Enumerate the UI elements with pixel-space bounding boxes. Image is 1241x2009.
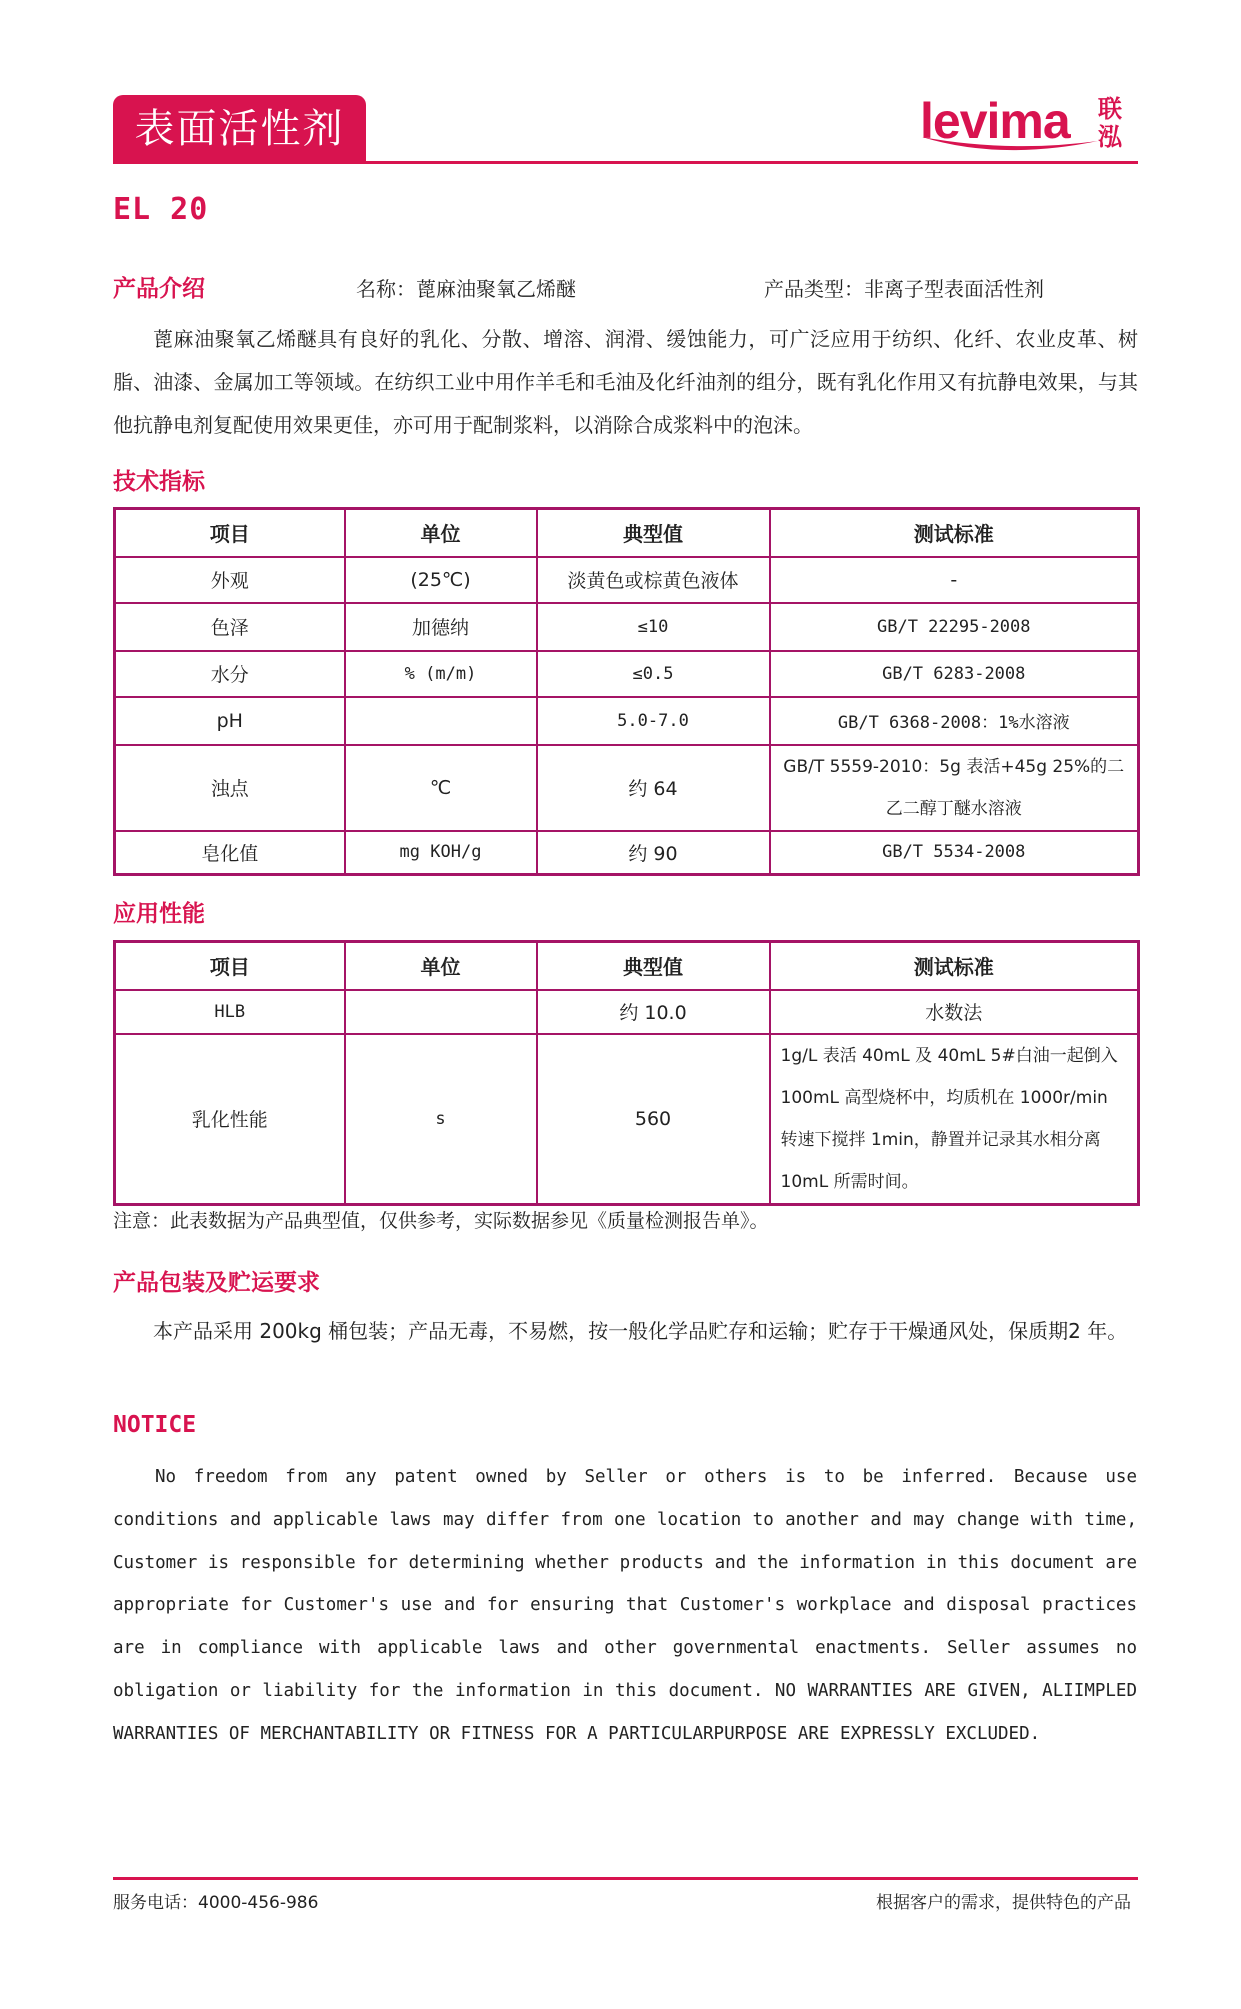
cell-unit: mg KOH/g xyxy=(345,831,537,875)
application-table: 项目 单位 典型值 测试标准 HLB 约 10.0 水数法 乳化性能 s 560… xyxy=(113,940,1140,1206)
footer-slogan: 根据客户的需求，提供特色的产品 xyxy=(876,1888,1131,1913)
cell-unit: 加德纳 xyxy=(345,603,537,651)
intro-paragraph: 蓖麻油聚氧乙烯醚具有良好的乳化、分散、增溶、润滑、缓蚀能力，可广泛应用于纺织、化… xyxy=(113,318,1138,447)
cell-unit: (25℃) xyxy=(345,557,537,603)
cell-item: 乳化性能 xyxy=(115,1034,345,1205)
table-row: 外观 (25℃) 淡黄色或棕黄色液体 - xyxy=(115,557,1139,603)
notice-paragraph: No freedom from any patent owned by Sell… xyxy=(113,1456,1137,1756)
cell-value: ≤0.5 xyxy=(537,651,770,697)
cell-standard: GB/T 6368-2008：1%水溶液 xyxy=(770,697,1139,745)
cell-unit xyxy=(345,697,537,745)
col-header-standard: 测试标准 xyxy=(770,942,1139,990)
logo-swoosh-icon xyxy=(920,133,1100,157)
table-row: 水分 % (m/m) ≤0.5 GB/T 6283-2008 xyxy=(115,651,1139,697)
cell-item: pH xyxy=(115,697,345,745)
table-header-row: 项目 单位 典型值 测试标准 xyxy=(115,942,1139,990)
cell-value: 约 10.0 xyxy=(537,990,770,1034)
cell-item: HLB xyxy=(115,990,345,1034)
footer-divider xyxy=(113,1877,1138,1880)
service-phone: 服务电话：4000-456-986 xyxy=(113,1888,318,1913)
product-type: 产品类型：非离子型表面活性剂 xyxy=(764,273,1044,302)
cell-value: 560 xyxy=(537,1034,770,1205)
header-divider xyxy=(113,161,1138,164)
product-code: EL 20 xyxy=(113,192,208,227)
cell-item: 色泽 xyxy=(115,603,345,651)
section-title-application: 应用性能 xyxy=(113,895,205,928)
section-title-notice: NOTICE xyxy=(113,1412,196,1438)
brand-logo: levima 联泓 xyxy=(920,93,1140,157)
col-header-value: 典型值 xyxy=(537,942,770,990)
cell-item: 皂化值 xyxy=(115,831,345,875)
cell-item: 水分 xyxy=(115,651,345,697)
col-header-item: 项目 xyxy=(115,942,345,990)
packaging-paragraph: 本产品采用 200kg 桶包装；产品无毒，不易燃，按一般化学品贮存和运输；贮存于… xyxy=(113,1310,1138,1353)
section-title-intro: 产品介绍 xyxy=(113,270,205,303)
category-banner: 表面活性剂 xyxy=(113,95,366,163)
cell-unit xyxy=(345,990,537,1034)
cell-value: ≤10 xyxy=(537,603,770,651)
table-row: 皂化值 mg KOH/g 约 90 GB/T 5534-2008 xyxy=(115,831,1139,875)
cell-standard: GB/T 22295-2008 xyxy=(770,603,1139,651)
table-row: HLB 约 10.0 水数法 xyxy=(115,990,1139,1034)
col-header-unit: 单位 xyxy=(345,509,537,557)
section-title-packaging: 产品包装及贮运要求 xyxy=(113,1264,320,1297)
cell-standard: 1g/L 表活 40mL 及 40mL 5#白油一起倒入100mL 高型烧杯中，… xyxy=(770,1034,1139,1205)
cell-value: 约 64 xyxy=(537,745,770,831)
table-row: 浊点 ℃ 约 64 GB/T 5559-2010：5g 表活+45g 25%的二… xyxy=(115,745,1139,831)
cell-value: 5.0-7.0 xyxy=(537,697,770,745)
cell-standard: GB/T 5559-2010：5g 表活+45g 25%的二乙二醇丁醚水溶液 xyxy=(770,745,1139,831)
table-note: 注意：此表数据为产品典型值，仅供参考，实际数据参见《质量检测报告单》。 xyxy=(113,1206,769,1233)
table-row: 乳化性能 s 560 1g/L 表活 40mL 及 40mL 5#白油一起倒入1… xyxy=(115,1034,1139,1205)
cell-standard: GB/T 6283-2008 xyxy=(770,651,1139,697)
col-header-value: 典型值 xyxy=(537,509,770,557)
cell-unit: % (m/m) xyxy=(345,651,537,697)
cell-value: 约 90 xyxy=(537,831,770,875)
cell-item: 浊点 xyxy=(115,745,345,831)
section-title-tech-specs: 技术指标 xyxy=(113,463,205,496)
col-header-unit: 单位 xyxy=(345,942,537,990)
table-row: 色泽 加德纳 ≤10 GB/T 22295-2008 xyxy=(115,603,1139,651)
product-name: 名称：蓖麻油聚氧乙烯醚 xyxy=(356,273,576,302)
col-header-item: 项目 xyxy=(115,509,345,557)
cell-value: 淡黄色或棕黄色液体 xyxy=(537,557,770,603)
cell-unit: ℃ xyxy=(345,745,537,831)
col-header-standard: 测试标准 xyxy=(770,509,1139,557)
cell-standard: 水数法 xyxy=(770,990,1139,1034)
cell-item: 外观 xyxy=(115,557,345,603)
cell-unit: s xyxy=(345,1034,537,1205)
table-header-row: 项目 单位 典型值 测试标准 xyxy=(115,509,1139,557)
tech-specs-table: 项目 单位 典型值 测试标准 外观 (25℃) 淡黄色或棕黄色液体 - 色泽 加… xyxy=(113,507,1140,876)
logo-chinese: 联泓 xyxy=(1098,95,1128,151)
cell-standard: GB/T 5534-2008 xyxy=(770,831,1139,875)
cell-standard: - xyxy=(770,557,1139,603)
table-row: pH 5.0-7.0 GB/T 6368-2008：1%水溶液 xyxy=(115,697,1139,745)
